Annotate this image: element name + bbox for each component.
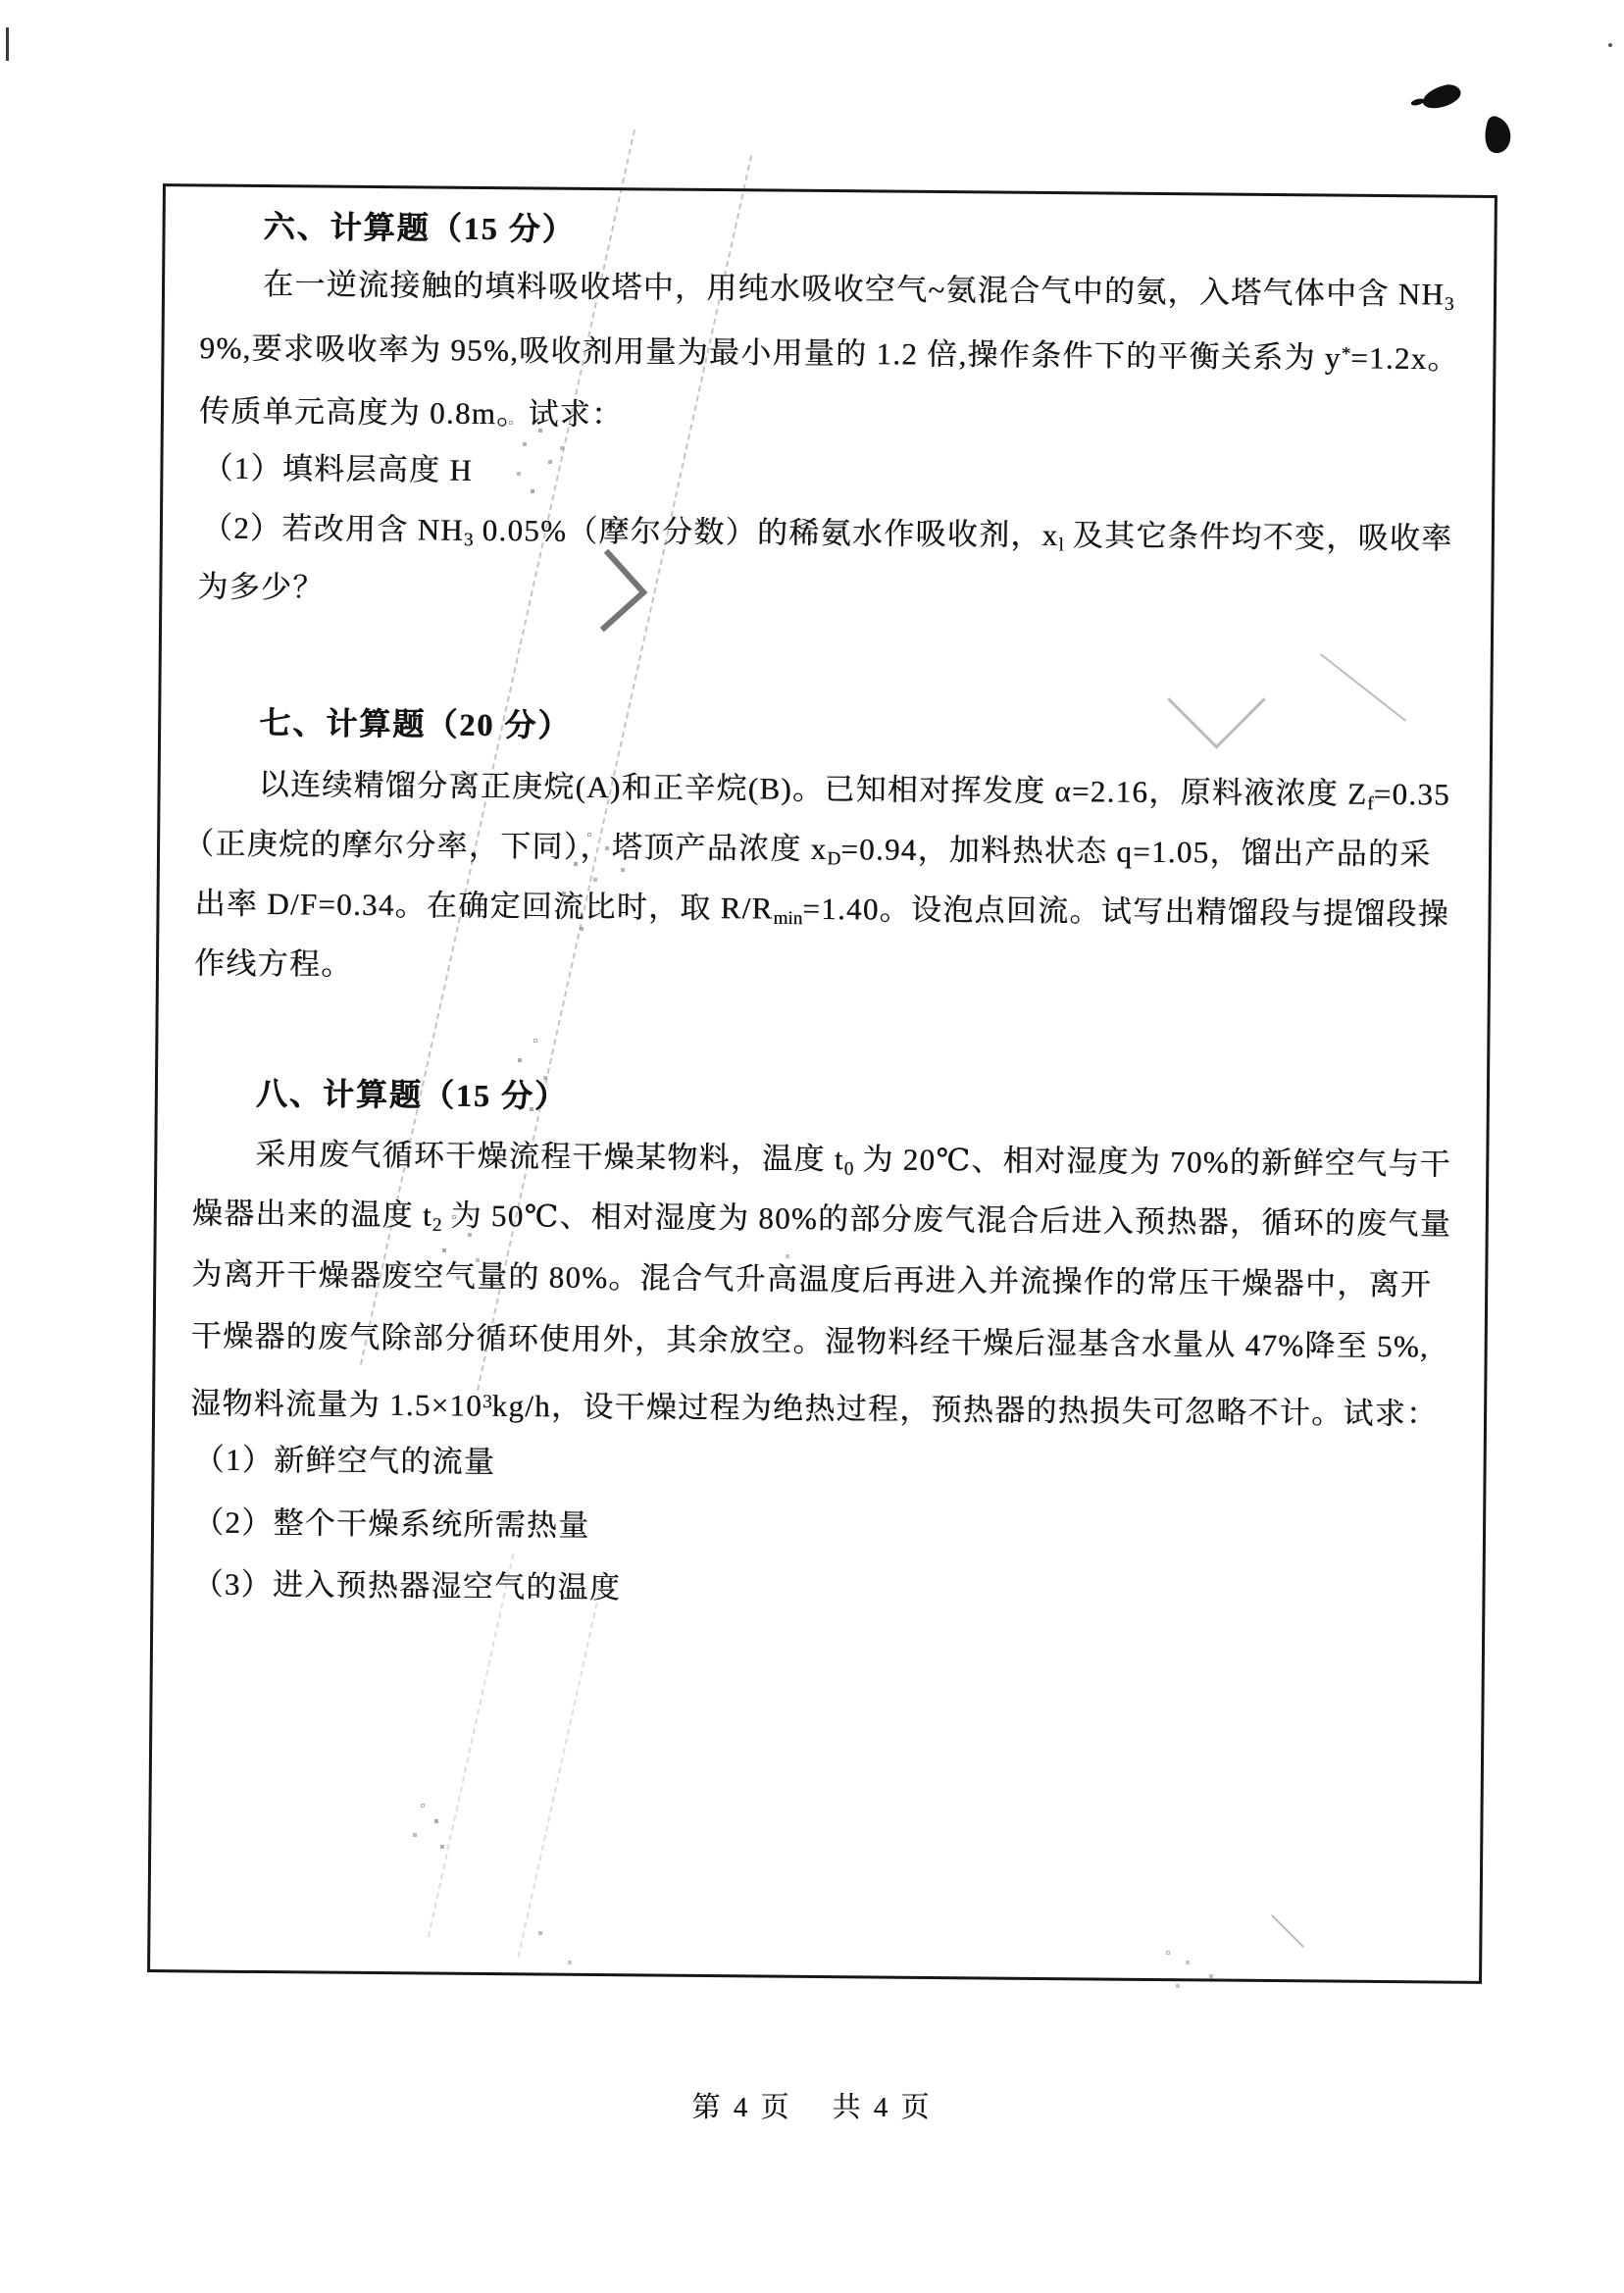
- ink-blob: [1479, 115, 1516, 157]
- q7-line-3: 出率 D/F=0.34。在确定回流比时，取 R/Rmin=1.40。设泡点回流。…: [194, 884, 1449, 944]
- q7-line-1: 以连续精馏分离正庚烷(A)和正辛烷(B)。已知相对挥发度 α=2.16，原料液浓…: [258, 765, 1450, 825]
- question-8: 八、计算题（15 分） 采用废气循环干燥流程干燥某物料，温度 t0 为 20℃、…: [166, 186, 1495, 198]
- ink-dot: [1608, 43, 1612, 47]
- q6-item-2: （2）若改用含 NH3 0.05%（摩尔分数）的稀氨水作吸收剂，xl 及其它条件…: [202, 508, 1453, 569]
- ink-blob: [1420, 81, 1463, 111]
- q8-line-1: 采用废气循环干燥流程干燥某物料，温度 t0 为 20℃、相对湿度为 70%的新鲜…: [255, 1135, 1451, 1195]
- q8-item-1: （1）新鲜空气的流量: [193, 1440, 495, 1482]
- q7-heading: 七、计算题（20 分）: [259, 703, 571, 745]
- q8-item-2: （2）整个干燥系统所需热量: [193, 1503, 590, 1546]
- question-7: 七、计算题（20 分） 以连续精馏分离正庚烷(A)和正辛烷(B)。已知相对挥发度…: [166, 186, 1495, 198]
- scanned-exam-document: { "page": { "footer": "第 4 页 共 4 页" }, "…: [0, 0, 1624, 2293]
- question-6: 六、计算题（15 分） 在一逆流接触的填料吸收塔中，用纯水吸收空气~氨混合气中的…: [166, 186, 1495, 198]
- q7-line-2: （正庚烷的摩尔分率，下同），塔顶产品浓度 xD=0.94，加料热状态 q=1.0…: [183, 824, 1432, 884]
- page-number-footer: 第 4 页 共 4 页: [0, 2085, 1624, 2125]
- q8-item-3: （3）进入预热器湿空气的温度: [192, 1564, 621, 1607]
- q6-item-1: （1）填料层高度 H: [202, 448, 473, 489]
- q6-heading: 六、计算题（15 分）: [263, 207, 575, 249]
- q7-line-4: 作线方程。: [194, 943, 353, 984]
- q6-line-6: 为多少？: [197, 567, 325, 607]
- q8-line-2: 燥器出来的温度 t2 为 50℃、相对湿度为 80%的部分废气混合后进入预热器，…: [192, 1194, 1452, 1254]
- q8-line-4: 干燥器的废气除部分循环使用外，其余放空。湿物料经干燥后湿基含水量从 47%降至 …: [191, 1316, 1430, 1366]
- q6-line-1: 在一逆流接触的填料吸收塔中，用纯水吸收空气~氨混合气中的氨，入塔气体中含 NH3: [263, 265, 1454, 325]
- q8-heading: 八、计算题（15 分）: [256, 1074, 568, 1116]
- q8-line-5: 湿物料流量为 1.5×103kg/h，设干燥过程为绝热过程，预热器的热损失可忽略…: [190, 1380, 1439, 1434]
- content-border-box: 六、计算题（15 分） 在一逆流接触的填料吸收塔中，用纯水吸收空气~氨混合气中的…: [147, 183, 1497, 1984]
- scan-edge-tick: [6, 27, 9, 61]
- q6-line-2: 9%,要求吸收率为 95%,吸收剂用量为最小用量的 1.2 倍,操作条件下的平衡…: [199, 325, 1459, 379]
- q8-line-3: 为离开干燥器废空气量的 80%。混合气升高温度后再进入并流操作的常压干燥器中，离…: [191, 1254, 1432, 1304]
- q6-line-3: 传质单元高度为 0.8m。试求：: [199, 391, 624, 434]
